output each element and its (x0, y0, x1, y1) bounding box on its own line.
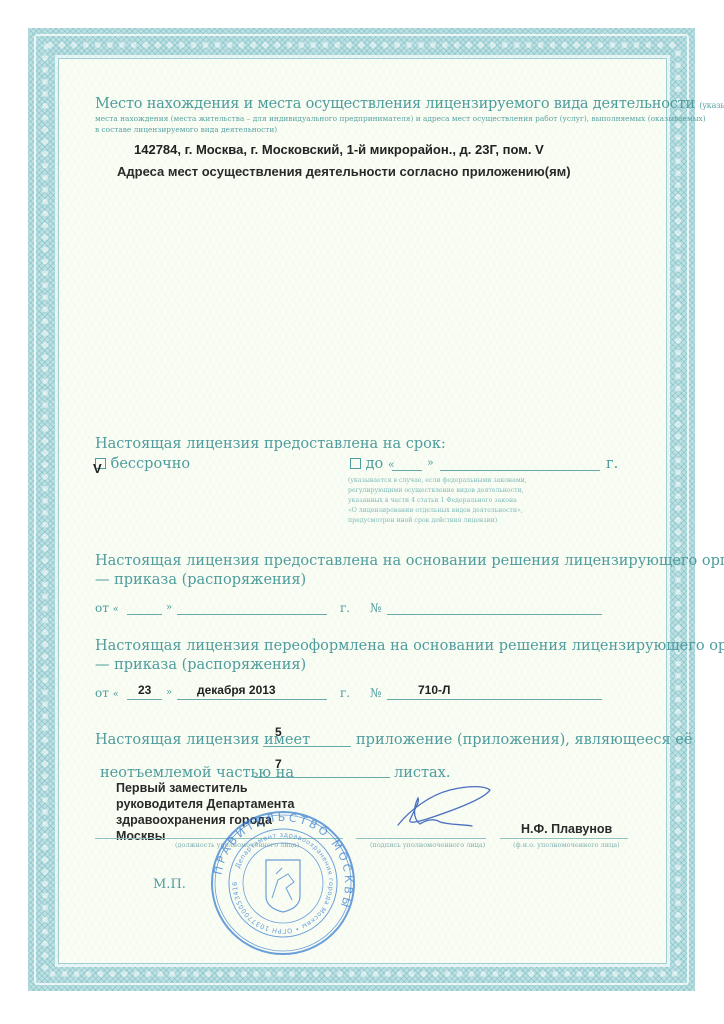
granted-day-field[interactable] (127, 614, 162, 615)
official-stamp-icon: ПРАВИТЕЛЬСТВО МОСКВЫ Департамент здравоо… (208, 808, 358, 958)
granted-heading-2: — приказа (распоряжения) (95, 572, 306, 588)
reissued-number-label: № (370, 686, 381, 700)
until-month-year-field[interactable] (440, 470, 600, 471)
until-day-field[interactable] (392, 470, 422, 471)
until-note: (указывается в случае, если федеральными… (348, 476, 527, 526)
seal-place-label: М.П. (153, 877, 186, 892)
granted-close-quote: » (166, 602, 172, 613)
until-note-line: «О лицензировании отдельных видов деятел… (348, 506, 527, 516)
term-until-option[interactable]: до « (350, 456, 395, 472)
reissued-number: 710-Л (418, 683, 450, 697)
location-note-1: (указываются адрес (699, 101, 724, 110)
until-note-line: (указывается в случае, если федеральными… (348, 476, 527, 486)
reissued-month-year-field[interactable] (177, 699, 327, 700)
license-address: 142784, г. Москва, г. Московский, 1-й ми… (134, 142, 544, 157)
signature-caption: (подпись уполномоченного лица) (370, 841, 485, 849)
location-heading-text: Место нахождения и места осуществления л… (95, 96, 695, 112)
until-note-line: предусмотрен иной срок действия лицензии… (348, 516, 527, 526)
granted-number-field[interactable] (387, 614, 602, 615)
name-caption: (ф.и.о. уполномоченного лица) (513, 841, 620, 849)
granted-heading-1: Настоящая лицензия предоставлена на осно… (95, 553, 724, 569)
sheet-count-field[interactable] (254, 777, 390, 778)
until-close-quote: » (427, 456, 434, 469)
location-note-3: в составе лицензируемого вида деятельнос… (95, 124, 277, 135)
until-label: до (366, 456, 384, 472)
signatory-name: Н.Ф. Плавунов (521, 822, 612, 836)
name-line-rule (500, 838, 628, 839)
from-label: от (95, 686, 109, 700)
svg-text:Департамент здравоохранения го: Департамент здравоохранения города Москв… (231, 831, 335, 935)
granted-month-year-field[interactable] (177, 614, 327, 615)
until-checkbox[interactable] (350, 458, 361, 469)
reissued-number-field[interactable] (387, 699, 602, 700)
until-note-line: регулирующими осуществление видов деятел… (348, 486, 527, 496)
granted-from-label: от « (95, 601, 119, 615)
reissued-day: 23 (138, 683, 151, 697)
term-indefinite-option[interactable]: бессрочно (95, 456, 190, 472)
reissued-from-label: от « (95, 686, 119, 700)
check-mark: V (93, 461, 102, 476)
granted-number-label: № (370, 601, 381, 615)
open-quote: « (113, 604, 119, 615)
indefinite-label: бессрочно (111, 456, 191, 472)
reissued-day-field[interactable] (127, 699, 162, 700)
until-year-suffix: г. (606, 456, 618, 472)
open-quote: « (113, 689, 119, 700)
appendix-line-2-suffix: листах. (394, 765, 450, 781)
reissued-heading-2: — приказа (распоряжения) (95, 657, 306, 673)
reissued-heading-1: Настоящая лицензия переоформлена на осно… (95, 638, 724, 654)
appendix-line-1-suffix: приложение (приложения), являющееся её (356, 732, 692, 748)
appendix-count-field[interactable] (263, 746, 351, 747)
location-note-2: места нахождения (места жительства – для… (95, 113, 706, 124)
sheet-count: 7 (275, 757, 282, 771)
position-line: Первый заместитель (116, 780, 294, 796)
appendix-line-2-prefix: неотъемлемой частью на (100, 765, 294, 781)
until-note-line: указанных в части 4 статьи 1 Федеральног… (348, 496, 527, 506)
reissued-year-suffix: г. (340, 686, 350, 700)
activity-addresses-note: Адреса мест осуществления деятельности с… (117, 164, 571, 179)
stamp-inner-text: Департамент здравоохранения города Москв… (231, 831, 335, 935)
reissued-month-year: декабря 2013 (197, 683, 276, 697)
reissued-close-quote: » (166, 687, 172, 698)
granted-year-suffix: г. (340, 601, 350, 615)
location-heading: Место нахождения и места осуществления л… (95, 96, 724, 112)
term-heading: Настоящая лицензия предоставлена на срок… (95, 436, 446, 452)
signature-icon (390, 780, 500, 840)
from-label: от (95, 601, 109, 615)
appendix-count: 5 (275, 725, 282, 739)
